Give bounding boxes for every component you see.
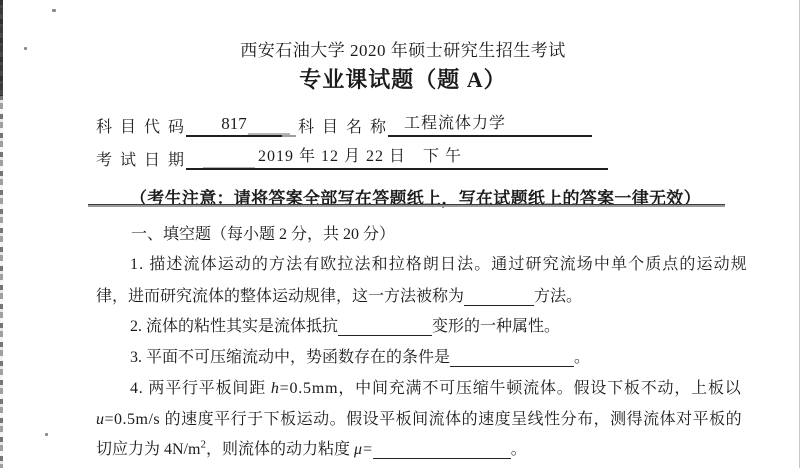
scan-speck bbox=[45, 433, 48, 436]
exam-date-value: 2019 年 12 月 22 日 下 午 bbox=[186, 146, 608, 170]
question-4-text-c: =0.5m/s 的速度平行于下板运动。假设平板间流体的速度呈线性分布，测得流体对… bbox=[105, 411, 743, 428]
form-row-subject: 科 目 代 码817科 目 名 称工程流体力学 bbox=[96, 113, 592, 137]
fill-in-blank-q1 bbox=[464, 305, 534, 306]
question-4-line-2: u=0.5m/s 的速度平行于下板运动。假设平板间流体的速度呈线性分布，测得流体… bbox=[96, 406, 742, 429]
question-4-text-end: 。 bbox=[511, 441, 527, 458]
fill-in-blank-q3 bbox=[450, 366, 574, 367]
question-3-text-after-blank: 。 bbox=[574, 349, 590, 366]
question-1-line-2: 律，进而研究流体的整体运动规律，这一方法被称为方法。 bbox=[96, 283, 582, 306]
variable-mu-equals: μ= bbox=[354, 441, 373, 458]
fill-in-blank-q4 bbox=[373, 458, 511, 459]
question-4-text-e: ，则流体的动力粘度 bbox=[206, 441, 354, 458]
subject-name-label: 科 目 名 称 bbox=[298, 119, 388, 136]
question-2: 2. 流体的粘性其实是流体抵抗变形的一种属性。 bbox=[130, 313, 560, 336]
question-1-text-before-blank: 律，进而研究流体的整体运动规律，这一方法被称为 bbox=[96, 288, 464, 305]
subject-code-value: 817 bbox=[186, 113, 282, 137]
underline-gap bbox=[282, 135, 296, 137]
question-4-line-1: 4. 两平行平板间距 h=0.5mm，中间充满不可压缩牛顿流体。假设下板不动，上… bbox=[130, 375, 742, 398]
fill-in-blank-q2 bbox=[338, 335, 432, 336]
question-3: 3. 平面不可压缩流动中，势函数存在的条件是。 bbox=[130, 344, 590, 367]
question-1-line-1: 1. 描述流体运动的方法有欧拉法和拉格朗日法。通过研究流场中单个质点的运动规 bbox=[130, 251, 748, 274]
question-4-text-b: =0.5mm，中间充满不可压缩牛顿流体。假设下板不动，上板以 bbox=[280, 380, 742, 397]
variable-u: u bbox=[96, 411, 105, 428]
divider-rule bbox=[88, 204, 725, 207]
question-2-text-before-blank: 2. 流体的粘性其实是流体抵抗 bbox=[130, 318, 338, 335]
subject-name-value: 工程流体力学 bbox=[388, 113, 592, 137]
question-1-text-after-blank: 方法。 bbox=[534, 288, 582, 305]
subject-code-label: 科 目 代 码 bbox=[96, 119, 186, 136]
section-heading-fill-blanks: 一、填空题（每小题 2 分，共 20 分） bbox=[131, 221, 395, 244]
university-exam-header: 西安石油大学 2020 年硕士研究生招生考试 bbox=[0, 36, 806, 61]
paper-title: 专业课试题（题 A） bbox=[0, 63, 806, 94]
form-row-date: 考 试 日 期2019 年 12 月 22 日 下 午 bbox=[96, 146, 608, 170]
question-4-text-d: 切应力为 4N/m bbox=[96, 441, 200, 458]
question-4-line-3: 切应力为 4N/m2，则流体的动力粘度 μ=。 bbox=[96, 436, 527, 459]
variable-h: h bbox=[271, 380, 280, 397]
scanned-exam-page: 西安石油大学 2020 年硕士研究生招生考试 专业课试题（题 A） 科 目 代 … bbox=[0, 0, 806, 468]
question-4-text-a: 4. 两平行平板间距 bbox=[130, 380, 271, 397]
scan-speck bbox=[52, 9, 56, 12]
question-3-text-before-blank: 3. 平面不可压缩流动中，势函数存在的条件是 bbox=[130, 349, 450, 366]
exam-date-label: 考 试 日 期 bbox=[96, 152, 186, 169]
question-2-text-after-blank: 变形的一种属性。 bbox=[432, 318, 560, 335]
